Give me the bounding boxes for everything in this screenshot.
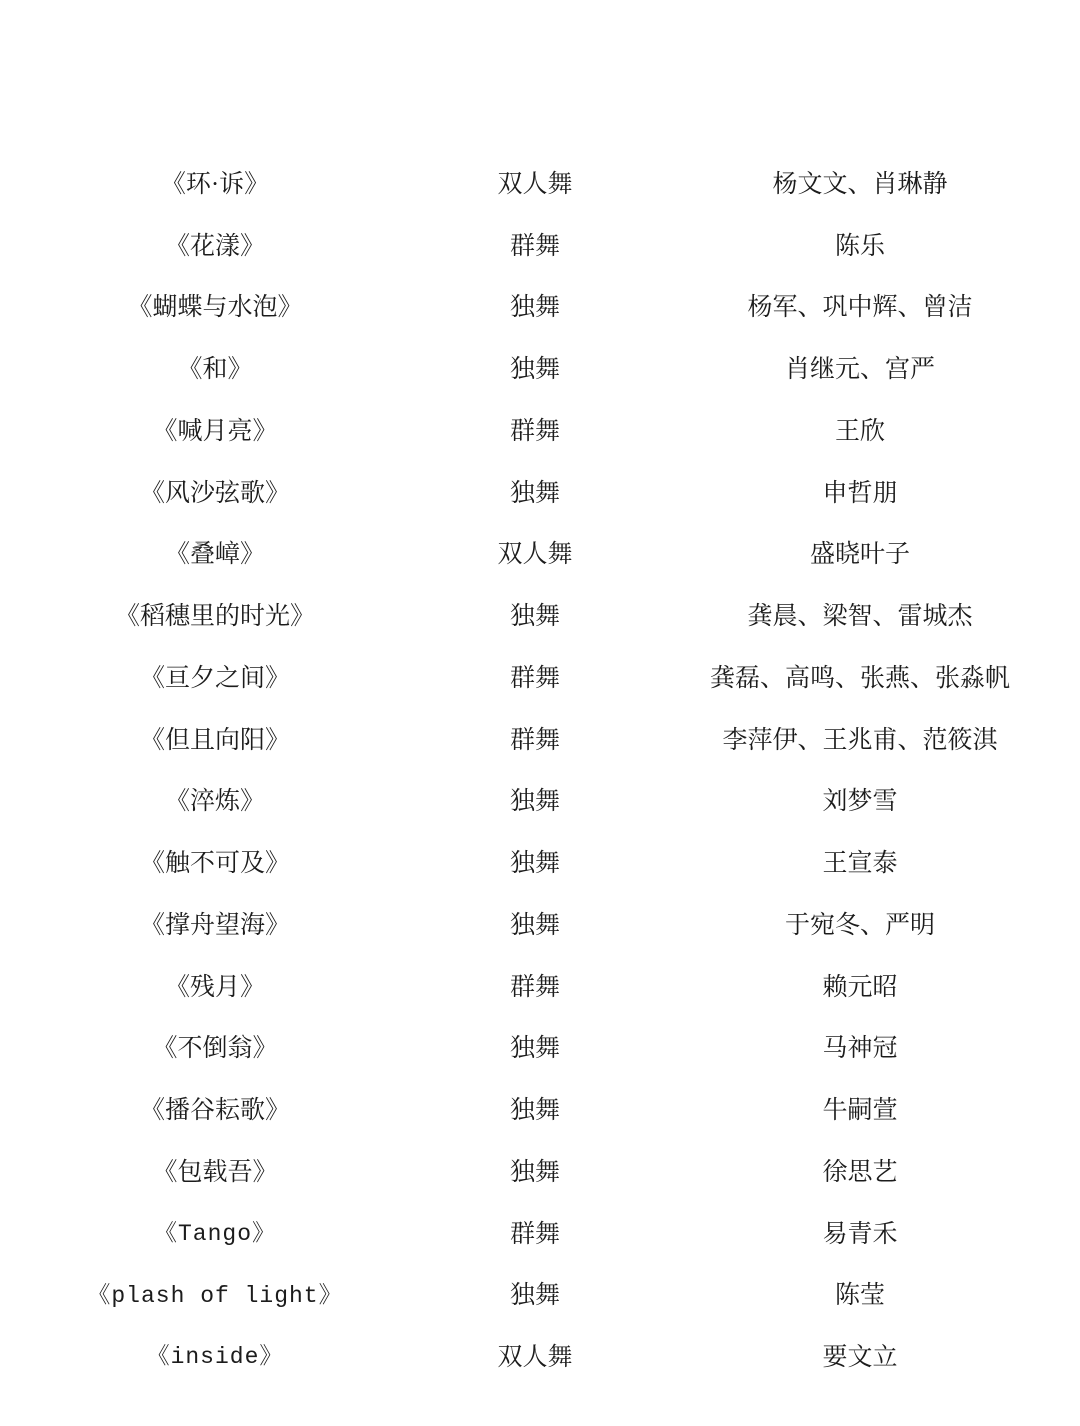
dance-type: 群舞 <box>430 1220 640 1250</box>
dance-type: 独舞 <box>430 293 640 323</box>
dance-type: 独舞 <box>430 911 640 941</box>
personnel-names: 陈莹 <box>640 1281 1080 1311</box>
work-title: 《稻穗里的时光》 <box>0 602 430 632</box>
dance-type: 双人舞 <box>430 540 640 570</box>
work-title: 《inside》 <box>0 1344 430 1372</box>
entry-table: 《环·诉》 双人舞 杨文文、肖琳静 《花漾》 群舞 陈乐 《蝴蝶与水泡》 独舞 … <box>0 0 1080 1389</box>
table-row: 《蝴蝶与水泡》 独舞 杨军、巩中辉、曾洁 <box>0 278 1080 340</box>
work-title: 《残月》 <box>0 973 430 1003</box>
dance-type: 独舞 <box>430 1034 640 1064</box>
personnel-names: 要文立 <box>640 1343 1080 1373</box>
personnel-names: 杨文文、肖琳静 <box>640 170 1080 200</box>
table-row: 《稻穗里的时光》 独舞 龚晨、梁智、雷城杰 <box>0 586 1080 648</box>
personnel-names: 龚晨、梁智、雷城杰 <box>640 602 1080 632</box>
personnel-names: 肖继元、宫严 <box>640 355 1080 385</box>
personnel-names: 王宣泰 <box>640 849 1080 879</box>
dance-type: 独舞 <box>430 479 640 509</box>
table-row: 《叠嶂》 双人舞 盛晓叶子 <box>0 525 1080 587</box>
table-row: 《喊月亮》 群舞 王欣 <box>0 401 1080 463</box>
work-title: 《和》 <box>0 355 430 385</box>
personnel-names: 李萍伊、王兆甫、范筱淇 <box>640 726 1080 756</box>
dance-type: 群舞 <box>430 973 640 1003</box>
dance-type: 群舞 <box>430 232 640 262</box>
table-row: 《Tango》 群舞 易青禾 <box>0 1204 1080 1266</box>
work-title: 《喊月亮》 <box>0 417 430 447</box>
dance-type: 双人舞 <box>430 170 640 200</box>
dance-type: 独舞 <box>430 1281 640 1311</box>
dance-type: 群舞 <box>430 726 640 756</box>
work-title: 《环·诉》 <box>0 170 430 200</box>
table-row: 《残月》 群舞 赖元昭 <box>0 957 1080 1019</box>
work-title: 《风沙弦歌》 <box>0 479 430 509</box>
work-title: 《花漾》 <box>0 232 430 262</box>
table-row: 《播谷耘歌》 独舞 牛嗣萱 <box>0 1080 1080 1142</box>
dance-type: 独舞 <box>430 787 640 817</box>
work-title: 《蝴蝶与水泡》 <box>0 293 430 323</box>
personnel-names: 杨军、巩中辉、曾洁 <box>640 293 1080 323</box>
work-title: 《撑舟望海》 <box>0 911 430 941</box>
table-row: 《花漾》 群舞 陈乐 <box>0 216 1080 278</box>
personnel-names: 徐思艺 <box>640 1158 1080 1188</box>
table-row: 《风沙弦歌》 独舞 申哲朋 <box>0 463 1080 525</box>
table-row: 《不倒翁》 独舞 马神冠 <box>0 1019 1080 1081</box>
table-row: 《但且向阳》 群舞 李萍伊、王兆甫、范筱淇 <box>0 710 1080 772</box>
table-row: 《环·诉》 双人舞 杨文文、肖琳静 <box>0 154 1080 216</box>
table-row: 《包载吾》 独舞 徐思艺 <box>0 1142 1080 1204</box>
personnel-names: 易青禾 <box>640 1220 1080 1250</box>
work-title: 《触不可及》 <box>0 849 430 879</box>
work-title: 《plash of light》 <box>0 1283 430 1311</box>
table-row: 《触不可及》 独舞 王宣泰 <box>0 833 1080 895</box>
work-title: 《亘夕之间》 <box>0 664 430 694</box>
work-title: 《包载吾》 <box>0 1158 430 1188</box>
table-row: 《plash of light》 独舞 陈莹 <box>0 1266 1080 1328</box>
personnel-names: 陈乐 <box>640 232 1080 262</box>
dance-type: 双人舞 <box>430 1343 640 1373</box>
dance-type: 独舞 <box>430 1096 640 1126</box>
personnel-names: 王欣 <box>640 417 1080 447</box>
table-row: 《撑舟望海》 独舞 于宛冬、严明 <box>0 895 1080 957</box>
table-row: 《亘夕之间》 群舞 龚磊、高鸣、张燕、张淼帆 <box>0 648 1080 710</box>
dance-type: 独舞 <box>430 602 640 632</box>
dance-type: 独舞 <box>430 355 640 385</box>
work-title: 《淬炼》 <box>0 787 430 817</box>
table-row: 《inside》 双人舞 要文立 <box>0 1327 1080 1389</box>
personnel-names: 刘梦雪 <box>640 787 1080 817</box>
table-row: 《和》 独舞 肖继元、宫严 <box>0 339 1080 401</box>
work-title: 《Tango》 <box>0 1221 430 1249</box>
dance-type: 群舞 <box>430 664 640 694</box>
dance-type: 独舞 <box>430 849 640 879</box>
table-row: 《淬炼》 独舞 刘梦雪 <box>0 772 1080 834</box>
work-title: 《但且向阳》 <box>0 726 430 756</box>
dance-type: 群舞 <box>430 417 640 447</box>
work-title: 《播谷耘歌》 <box>0 1096 430 1126</box>
work-title: 《叠嶂》 <box>0 540 430 570</box>
personnel-names: 马神冠 <box>640 1034 1080 1064</box>
work-title: 《不倒翁》 <box>0 1034 430 1064</box>
personnel-names: 牛嗣萱 <box>640 1096 1080 1126</box>
personnel-names: 赖元昭 <box>640 973 1080 1003</box>
personnel-names: 龚磊、高鸣、张燕、张淼帆 <box>640 664 1080 694</box>
personnel-names: 于宛冬、严明 <box>640 911 1080 941</box>
personnel-names: 盛晓叶子 <box>640 540 1080 570</box>
document-page: 《环·诉》 双人舞 杨文文、肖琳静 《花漾》 群舞 陈乐 《蝴蝶与水泡》 独舞 … <box>0 0 1080 1426</box>
personnel-names: 申哲朋 <box>640 479 1080 509</box>
dance-type: 独舞 <box>430 1158 640 1188</box>
